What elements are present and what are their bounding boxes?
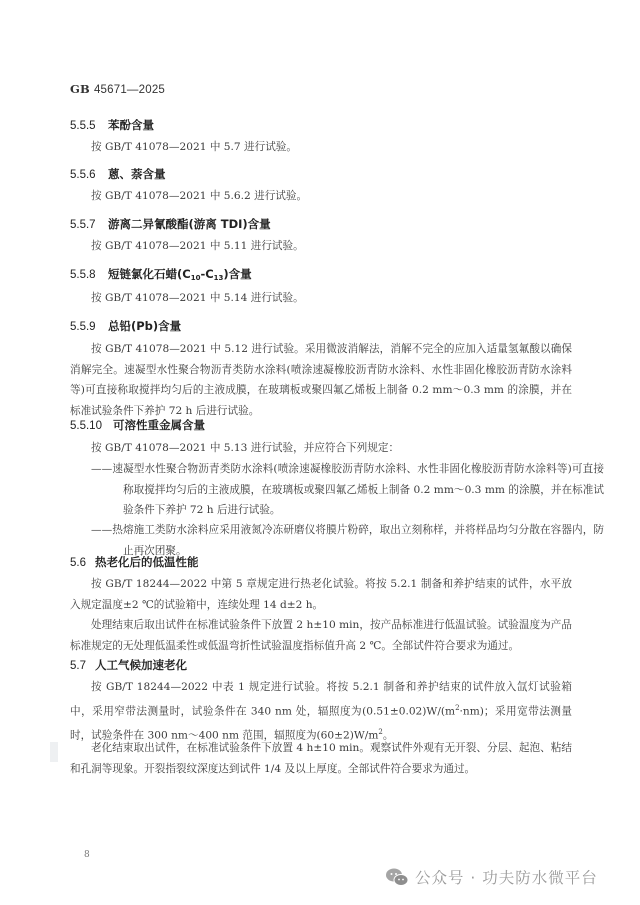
section-title: 蒽、萘含量 xyxy=(108,167,166,181)
section-number: 5.5.6 xyxy=(70,169,108,181)
section-number: 5.7 xyxy=(70,660,95,672)
section-number: 5.5.5 xyxy=(70,120,108,132)
paragraph: 按 GB/T 41078—2021 中 5.6.2 进行试验。 xyxy=(91,186,571,207)
paragraph: 按 GB/T 41078—2021 中 5.13 进行试验，并应符合下列规定： xyxy=(91,438,571,459)
heading-5-5-10: 5.5.10可溶性重金属含量 xyxy=(70,417,205,433)
section-title: 人工气候加速老化 xyxy=(95,658,187,672)
section-number: 5.5.8 xyxy=(70,269,108,281)
paragraph: 按 GB/T 41078—2021 中 5.11 进行试验。 xyxy=(91,236,571,257)
watermark-text: 公众号 · 功夫防水微平台 xyxy=(415,866,598,888)
standard-prefix: GB xyxy=(70,82,90,96)
section-title: 游离二异氰酸酯(游离 TDI)含量 xyxy=(108,217,271,231)
section-number: 5.6 xyxy=(70,557,95,569)
section-title: 苯酚含量 xyxy=(108,118,154,132)
document-page: GB45671—2025 5.5.5苯酚含量 按 GB/T 41078—2021… xyxy=(0,0,640,905)
heading-5-5-5: 5.5.5苯酚含量 xyxy=(70,117,154,133)
heading-5-5-8: 5.5.8短链氯化石蜡(C10-C13)含量 xyxy=(70,266,252,282)
heading-5-5-6: 5.5.6蒽、萘含量 xyxy=(70,166,166,182)
heading-5-5-9: 5.5.9总铅(Pb)含量 xyxy=(70,318,181,334)
wechat-icon xyxy=(385,867,409,887)
page-number: 8 xyxy=(84,850,90,860)
scan-artifact xyxy=(50,742,58,762)
list-item: ——速凝型水性聚合物沥青类防水涂料(喷涂速凝橡胶沥青防水涂料、水性非固化橡胶沥青… xyxy=(91,459,604,521)
paragraph: 按 GB/T 18244—2022 中第 5 章规定进行热老化试验。将按 5.2… xyxy=(70,574,572,615)
section-title: 总铅(Pb)含量 xyxy=(108,319,181,333)
watermark: 公众号 · 功夫防水微平台 xyxy=(385,866,598,888)
heading-5-7: 5.7人工气候加速老化 xyxy=(70,657,187,673)
paragraph: 老化结束取出试件，在标准试验条件下放置 4 h±10 min。观察试件外观有无开… xyxy=(70,738,572,779)
paragraph: 按 GB/T 41078—2021 中 5.14 进行试验。 xyxy=(91,288,571,309)
section-number: 5.5.10 xyxy=(70,420,113,432)
section-title: 短链氯化石蜡(C10-C13)含量 xyxy=(108,267,252,281)
paragraph: 按 GB/T 18244—2022 中表 1 规定进行试验。将按 5.2.1 制… xyxy=(70,677,572,746)
paragraph: 处理结束后取出试件在标准试验条件下放置 2 h±10 min，按产品标准进行低温… xyxy=(70,615,572,656)
section-number: 5.5.7 xyxy=(70,219,108,231)
standard-number: 45671—2025 xyxy=(94,84,165,96)
paragraph: 按 GB/T 41078—2021 中 5.7 进行试验。 xyxy=(91,137,571,158)
heading-5-5-7: 5.5.7游离二异氰酸酯(游离 TDI)含量 xyxy=(70,216,271,232)
section-number: 5.5.9 xyxy=(70,321,108,333)
section-title: 热老化后的低温性能 xyxy=(95,555,199,569)
section-title: 可溶性重金属含量 xyxy=(113,418,205,432)
standard-code: GB45671—2025 xyxy=(70,82,165,96)
paragraph: 按 GB/T 41078—2021 中 5.12 进行试验。采用微波消解法，消解… xyxy=(70,339,572,421)
heading-5-6: 5.6热老化后的低温性能 xyxy=(70,554,199,570)
